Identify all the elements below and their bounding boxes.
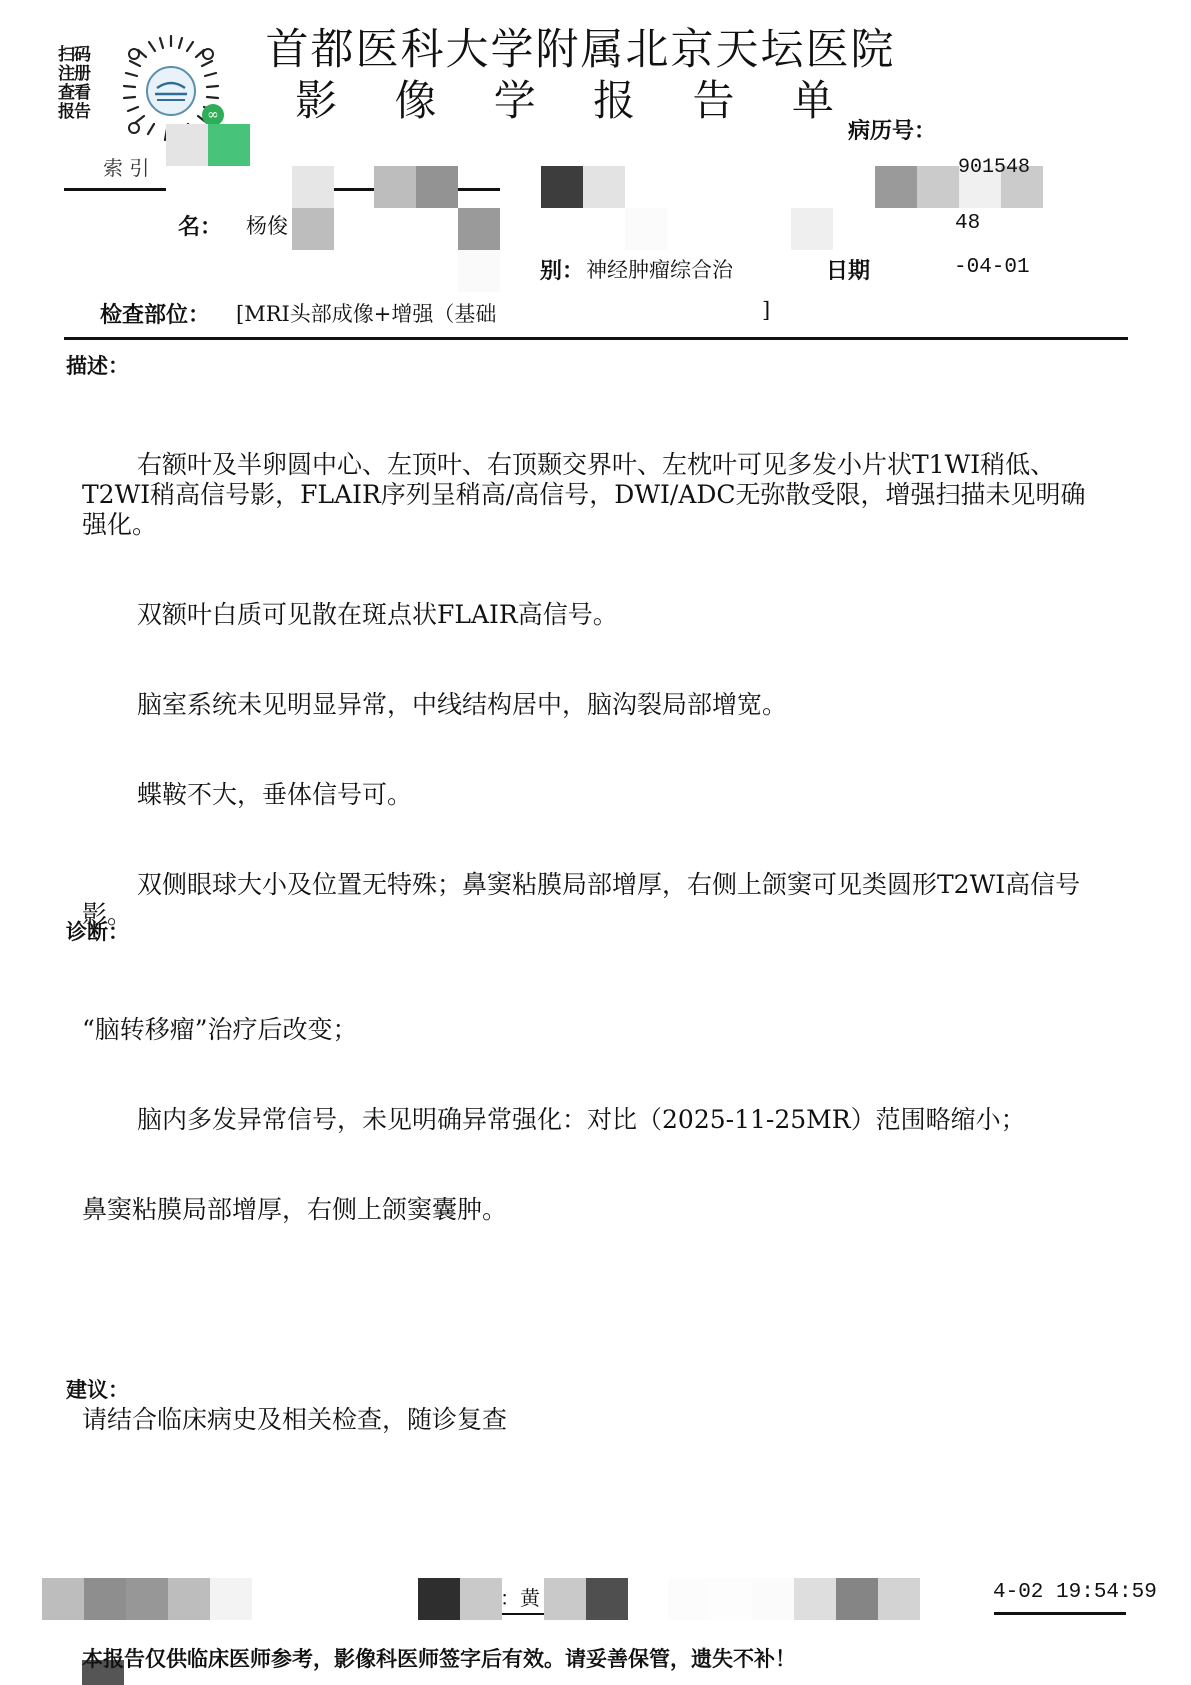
redaction-block	[836, 1578, 878, 1620]
redaction-block	[583, 166, 625, 208]
divider-line	[458, 188, 500, 191]
redaction-block	[292, 208, 334, 250]
index-label: 索 引	[103, 152, 149, 181]
description-paragraph: 蝶鞍不大，垂体信号可。	[82, 780, 1092, 810]
redaction-block	[625, 208, 667, 250]
id-number-value: 901548	[958, 156, 1030, 179]
redaction-block	[208, 124, 250, 166]
date-label: 日期	[826, 254, 870, 285]
redaction-block	[668, 1578, 710, 1620]
age-value: 48	[955, 212, 980, 235]
redaction-block	[458, 208, 500, 250]
redaction-block	[458, 250, 500, 292]
description-paragraph: 右额叶及半卵圆中心、左顶叶、右顶颞交界叶、左枕叶可见多发小片状T1WI稍低、T2…	[82, 450, 1092, 540]
exam-site-value: [MRI头部成像+增强（基础	[236, 298, 496, 328]
diagnosis-label: 诊断：	[66, 916, 129, 946]
redaction-block	[166, 124, 208, 166]
redaction-block	[878, 1578, 920, 1620]
redaction-block	[416, 166, 458, 208]
redaction-block	[42, 1578, 84, 1620]
description-body: 右额叶及半卵圆中心、左顶叶、右顶颞交界叶、左枕叶可见多发小片状T1WI稍低、T2…	[82, 390, 1092, 960]
redaction-block	[752, 1578, 794, 1620]
redaction-block	[794, 1578, 836, 1620]
footer-disclaimer: 本报告仅供临床医师参考，影像科医师签字后有效。请妥善保管，遗失不补！	[82, 1643, 796, 1673]
report-title: 影 像 学 报 告 单	[0, 68, 1191, 128]
description-paragraph: 双额叶白质可见散在斑点状FLAIR高信号。	[82, 600, 1092, 630]
diagnosis-body: “脑转移瘤”治疗后改变； 脑内多发异常信号，未见明确异常强化：对比（2025-1…	[82, 955, 1092, 1255]
timestamp-underline	[994, 1612, 1126, 1615]
redaction-block	[544, 1578, 586, 1620]
diagnosis-line: 脑内多发异常信号，未见明确异常强化：对比（2025-11-25MR）范围略缩小；	[82, 1105, 1092, 1135]
department-value: 神经肿瘤综合治	[586, 254, 733, 284]
redaction-block	[418, 1578, 460, 1620]
description-paragraph: 双侧眼球大小及位置无特殊；鼻窦粘膜局部增厚，右侧上颌窦可见类圆形T2WI高信号影…	[82, 870, 1092, 930]
divider-line	[64, 188, 166, 191]
redaction-block	[210, 1578, 252, 1620]
diagnosis-line: “脑转移瘤”治疗后改变；	[82, 1015, 1092, 1045]
redaction-block	[84, 1578, 126, 1620]
description-paragraph: 脑室系统未见明显异常，中线结构居中，脑沟裂局部增宽。	[82, 690, 1092, 720]
redaction-block	[541, 166, 583, 208]
exam-site-label: 检查部位：	[100, 298, 210, 329]
record-no-label: 病历号：	[848, 114, 936, 145]
divider-line	[334, 188, 374, 191]
header-divider-line	[64, 337, 1128, 340]
redaction-block	[168, 1578, 210, 1620]
signer-name: ：黄	[500, 1582, 540, 1611]
signer-underline	[502, 1613, 544, 1615]
suggestion-text: 请结合临床病史及相关检查，随诊复查	[82, 1405, 507, 1435]
redaction-block	[791, 208, 833, 250]
report-timestamp: 4-02 19:54:59	[993, 1581, 1157, 1604]
redaction-block	[460, 1578, 502, 1620]
redaction-block	[292, 166, 334, 208]
exam-site-close-bracket: ]	[762, 298, 770, 322]
redaction-block	[917, 166, 959, 208]
diagnosis-line: 鼻窦粘膜局部增厚，右侧上颌窦囊肿。	[82, 1195, 1092, 1225]
date-value: -04-01	[954, 256, 1030, 279]
redaction-block	[586, 1578, 628, 1620]
redaction-block	[374, 166, 416, 208]
suggestion-label: 建议：	[66, 1374, 129, 1404]
description-label: 描述：	[66, 350, 129, 380]
redaction-block	[126, 1578, 168, 1620]
name-value: 杨俊	[246, 210, 288, 240]
name-label: 名：	[178, 210, 222, 241]
department-label: 别：	[540, 254, 584, 285]
redaction-block	[875, 166, 917, 208]
redaction-block	[710, 1578, 752, 1620]
